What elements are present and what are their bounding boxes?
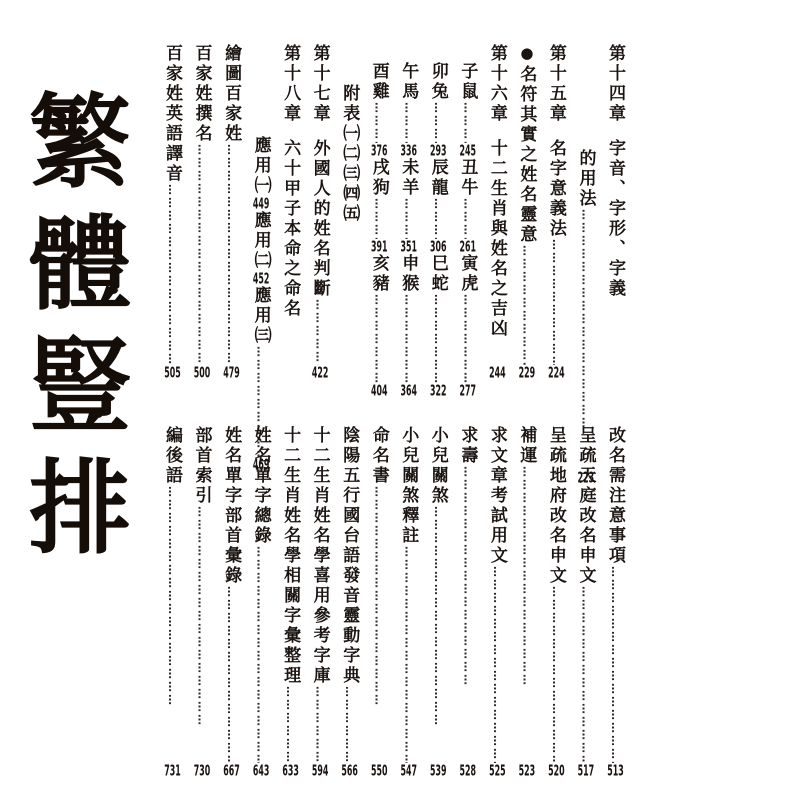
entry-title: 小兒關煞釋註 [396,426,421,546]
toc-entry: 編後語 …………………………………………… 731 [158,426,187,778]
toc-zodiac-column-2: 卯兔 …………………………………………… 293 辰龍 ………………………………… [424,44,453,428]
dot-leader: …………………………………………… [461,198,474,239]
page-number: 520 [547,763,565,778]
zodiac-entry: 午馬 …………………………………………… 336 [396,62,421,158]
dot-leader: …………………………………………… [550,586,563,763]
page-number: 667 [223,763,241,778]
page-number: 594 [311,763,329,778]
dot-leader: …………………………………………… [225,144,238,365]
page-number: 643 [252,763,270,778]
toc-entry: 十二生肖姓名學相關字彙整理 …………………………………………… 633 [276,426,305,778]
toc-entry-ch14-line1: 第十四章 字音、字形、字義 [601,44,630,380]
toc-entry: 求壽 …………………………………………… 528 [453,426,482,778]
zodiac-name: 戌狗 [367,158,392,198]
toc-bottom-section: 改名需注意事項 …………………………………………… 513 呈疏天庭改名申文 …… [158,426,630,778]
entry-title: 呈疏天庭改名申文 [573,426,598,586]
page-number: 730 [193,763,211,778]
dot-leader: …………………………………………… [402,198,415,239]
entry-title: 百家姓撰名 [190,44,215,144]
dot-leader: …………………………………………… [432,294,445,383]
page-number: 261 [459,239,477,254]
dot-leader: …………………………………………… [314,686,327,763]
entry-title: 六十甲子本命之命名 [278,139,303,319]
page-number: 229 [518,365,536,380]
entry-title: 附表㈠㈡㈢㈣㈤ [337,84,362,224]
toc-entry: 命名書 …………………………………………… 550 [365,426,394,778]
entry-title: 的用法 [573,149,598,209]
dot-leader: …………………………………………… [491,566,504,763]
chapter-label: 第十四章 [603,44,628,124]
page-number: 539 [429,763,447,778]
page-number: 452 [252,271,270,286]
entry-title: 繪圖百家姓 [219,44,244,144]
page-number: 293 [429,143,447,158]
page-number: 422 [311,365,329,380]
zodiac-name: 辰龍 [426,158,451,198]
dot-leader: …………………………………………… [402,102,415,143]
page-number: 513 [606,763,624,778]
zodiac-name: 巳蛇 [426,254,451,294]
chapter-label: 第十五章 [544,44,569,124]
zodiac-name: 未羊 [396,158,421,198]
zodiac-entry: 未羊 …………………………………………… 351 [396,158,421,254]
zodiac-entry: 子鼠 …………………………………………… 245 [455,62,480,158]
toc-entry: 繪圖百家姓 …………………………………………… 479 [217,44,246,380]
page-number: 244 [488,365,506,380]
entry-title: 十二生肖與姓名之吉凶 [485,139,510,339]
page-number: 391 [370,239,388,254]
entry-title: 姓名單字總錄 [249,426,274,546]
toc-zodiac-column-1: 子鼠 …………………………………………… 245 丑牛 ………………………………… [453,44,482,428]
entry-title: 名符其實之姓名靈意 [514,65,539,245]
entry-title: 百家姓英語譯音 [160,44,185,184]
entry-title: 十二生肖姓名學相關字彙整理 [278,426,303,686]
application-label: 應用㈢ [249,286,274,346]
page-number: 517 [577,763,595,778]
zodiac-name: 申猴 [396,254,421,294]
zodiac-entry: 戌狗 …………………………………………… 391 [367,158,392,254]
page-number: 523 [518,763,536,778]
page-number: 376 [370,143,388,158]
zodiac-entry: 申猴 …………………………………………… 364 [396,254,421,398]
entry-title: 補運 [514,426,539,466]
toc-entry: 陰陽五行國台語發音靈動字典 …………………………………………… 566 [335,426,364,778]
toc-entry-ch14-line2: 的用法 …………………………………………… 223 [571,44,600,485]
toc-entry: 小兒關煞 …………………………………………… 539 [424,426,453,778]
entry-title: 小兒關煞 [426,426,451,506]
page-number: 547 [400,763,418,778]
entry-title: 改名需注意事項 [603,426,628,566]
page-number: 336 [400,143,418,158]
toc-entry-ch15: 第十五章 名字意義法 …………………………………………… 224 [542,44,571,380]
dot-leader: …………………………………………… [196,506,209,763]
toc-zodiac-column-4: 酉雞 …………………………………………… 376 戌狗 ………………………………… [365,44,394,428]
page-number: 306 [429,239,447,254]
toc-entry-ch16: 第十六章 十二生肖與姓名之吉凶 244 [483,44,512,380]
zodiac-name: 酉雞 [367,62,392,102]
zodiac-entry: 寅虎 …………………………………………… 277 [455,254,480,398]
entry-title: 十二生肖姓名學喜用參考字庫 [308,426,333,686]
toc-entry: 姓名單字總錄 …………………………………………… 643 [247,426,276,778]
dot-leader: …………………………………………… [461,466,474,763]
vertical-banner-title: 繁體豎排 [20,88,122,576]
toc-entry: 小兒關煞釋註 …………………………………………… 547 [394,426,423,778]
entry-title: 陰陽五行國台語發音靈動字典 [337,426,362,686]
toc-entry-ch17: 第十七章 外國人的姓名判斷 …………………………………………… 422 [306,44,335,380]
dot-leader: …………………………………………… [402,546,415,763]
toc-entry: 部首索引 …………………………………………… 730 [188,426,217,778]
page-number: 322 [429,383,447,398]
entry-title: 姓名單字部首彙錄 [219,426,244,586]
toc-entry: 十二生肖姓名學喜用參考字庫 …………………………………………… 594 [306,426,335,778]
dot-leader: …………………………………………… [343,686,356,763]
page-number: 364 [400,383,418,398]
zodiac-name: 子鼠 [455,62,480,102]
toc-entry: 百家姓英語譯音 …………………………………………… 505 [158,44,187,380]
page-number: 525 [488,763,506,778]
entry-title: 編後語 [160,426,185,486]
page-number: 479 [223,365,241,380]
dot-leader: …………………………………………… [314,299,327,365]
entry-title: 外國人的姓名判斷 [308,139,333,299]
dot-leader: …………………………………………… [579,586,592,763]
dot-leader: …………………………………………… [225,586,238,763]
entry-title: 字音、字形、字義 [603,139,628,299]
toc-entry: 呈疏地府改名申文 …………………………………………… 520 [542,426,571,778]
entry-title: 呈疏地府改名申文 [544,426,569,586]
dot-leader: …………………………………………… [609,566,622,763]
dot-leader: …………………………………………… [402,294,415,383]
toc-entry-ch18-applications: 應用㈠ 449 應用㈡ 452 應用㈢ …………………………………………… 46… [247,44,276,472]
toc-entry: 補運 …………………………………………… 523 [512,426,541,778]
chapter-label: 第十七章 [308,44,333,124]
toc-top-section: 第十四章 字音、字形、字義 的用法 …………………………………………… 223 … [158,44,630,380]
page-number: 528 [459,763,477,778]
toc-entry: 改名需注意事項 …………………………………………… 513 [601,426,630,778]
entry-title: 命名書 [367,426,392,486]
chapter-label: 第十六章 [485,44,510,124]
entry-title: 求壽 [455,426,480,466]
toc-entry: 呈疏天庭改名申文 …………………………………………… 517 [571,426,600,778]
page-number: 566 [341,763,359,778]
dot-leader: …………………………………………… [166,184,179,365]
dot-leader: …………………………………………… [373,198,386,239]
dot-leader: …………………………………………… [461,294,474,383]
page-number: 500 [193,365,211,380]
page-number: 449 [252,196,270,211]
dot-leader: …………………………………………… [196,144,209,365]
zodiac-entry: 辰龍 …………………………………………… 306 [426,158,451,254]
entry-title: 名字意義法 [544,139,569,239]
page-number: 633 [282,763,300,778]
dot-leader: …………………………………………… [284,686,297,763]
book-toc-page: 繁體豎排 第十四章 字音、字形、字義 的用法 ……………………………………………… [0,0,800,800]
page-number: 351 [400,239,418,254]
dot-leader: …………………………………………… [432,198,445,239]
dot-leader: …………………………………………… [373,102,386,143]
dot-leader: …………………………………………… [520,466,533,763]
page-number: 245 [459,143,477,158]
dot-leader: …………………………………………… [550,239,563,365]
entry-title: 求文章考試用文 [485,426,510,566]
page-number: 404 [370,383,388,398]
zodiac-name: 午馬 [396,62,421,102]
dot-leader: …………………………………………… [432,506,445,763]
zodiac-entry: 丑牛 …………………………………………… 261 [455,158,480,254]
dot-leader: …………………………………………… [520,245,533,365]
dot-leader: …………………………………………… [255,546,268,763]
toc-entry-appendix: 附表㈠㈡㈢㈣㈤ [335,44,364,420]
toc-entry-highlight: ● 名符其實之姓名靈意 …………………………………………… 229 [512,44,541,380]
zodiac-name: 寅虎 [455,254,480,294]
application-label: 應用㈡ [249,211,274,271]
chapter-label: 第十八章 [278,44,303,124]
zodiac-name: 亥豬 [367,254,392,294]
toc-entry: 百家姓撰名 …………………………………………… 500 [188,44,217,380]
page-number: 277 [459,383,477,398]
dot-leader: …………………………………………… [166,486,179,763]
zodiac-entry: 巳蛇 …………………………………………… 322 [426,254,451,398]
bullet-icon: ● [518,44,536,65]
dot-leader: …………………………………………… [373,486,386,763]
toc-entry-ch18: 第十八章 六十甲子本命之命名 [276,44,305,380]
zodiac-entry: 卯兔 …………………………………………… 293 [426,62,451,158]
zodiac-name: 丑牛 [455,158,480,198]
dot-leader: …………………………………………… [461,102,474,143]
zodiac-entry: 酉雞 …………………………………………… 376 [367,62,392,158]
application-label: 應用㈠ [249,136,274,196]
toc-entry: 求文章考試用文 …………………………………………… 525 [483,426,512,778]
zodiac-name: 卯兔 [426,62,451,102]
dot-leader: …………………………………………… [373,294,386,383]
dot-leader: …………………………………………… [432,102,445,143]
page-number: 550 [370,763,388,778]
page-number: 224 [547,365,565,380]
page-number: 731 [164,763,182,778]
toc-zodiac-column-3: 午馬 …………………………………………… 336 未羊 ………………………………… [394,44,423,428]
entry-title: 部首索引 [190,426,215,506]
toc-entry: 姓名單字部首彙錄 …………………………………………… 667 [217,426,246,778]
zodiac-entry: 亥豬 …………………………………………… 404 [367,254,392,398]
page-number: 505 [164,365,182,380]
